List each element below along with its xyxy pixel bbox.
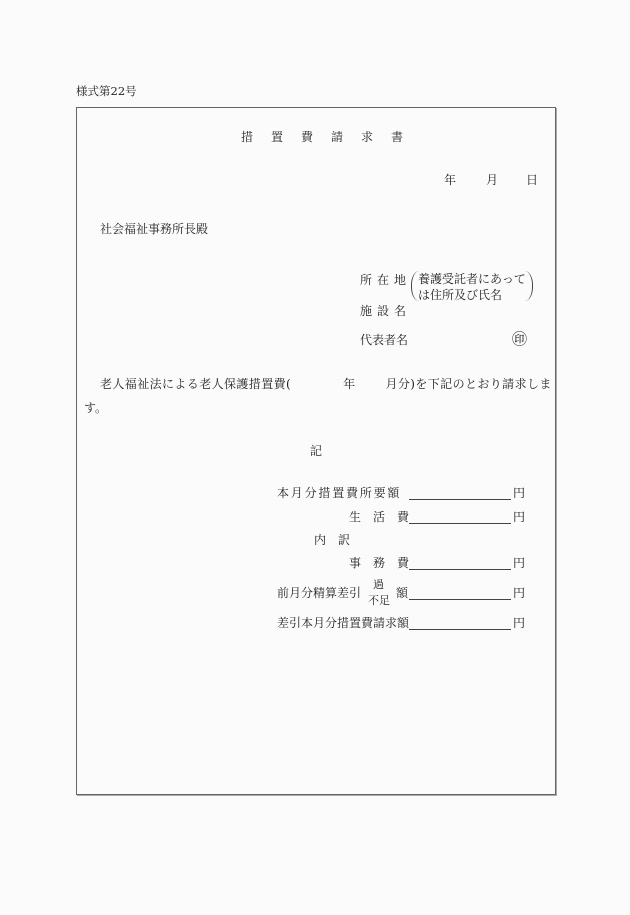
location-note-line2: は住所及び氏名 bbox=[418, 289, 502, 301]
required-amount-field[interactable] bbox=[409, 499, 511, 500]
required-amount-label: 本月分措置費所要額 bbox=[277, 487, 401, 499]
form-number: 様式第22号 bbox=[76, 86, 137, 98]
date-line: 年月日 bbox=[444, 174, 538, 186]
facility-label: 施設名 bbox=[360, 305, 411, 317]
living-cost-label: 生活費 bbox=[349, 511, 421, 523]
claim-amount-label: 差引本月分措置費請求額 bbox=[277, 617, 409, 629]
prev-adjust-suffix: 額 bbox=[396, 587, 408, 599]
living-cost-yen: 円 bbox=[513, 511, 525, 523]
claim-amount-field[interactable] bbox=[409, 629, 511, 630]
body-month-suffix: 月分)を下記のとおり請求しま bbox=[386, 377, 552, 391]
date-year-label: 年 bbox=[444, 174, 456, 186]
date-day-label: 日 bbox=[526, 174, 538, 186]
body-prefix: 老人福祉法による老人保護措置費( bbox=[100, 377, 291, 391]
location-note-line1: 養護受託者にあって bbox=[418, 273, 526, 285]
location-label: 所在地 bbox=[360, 274, 411, 286]
prev-adjust-yen: 円 bbox=[513, 587, 525, 599]
addressee: 社会福祉事務所長殿 bbox=[100, 223, 208, 235]
body-text-line2: す。 bbox=[84, 402, 107, 414]
seal-icon: ㊞ bbox=[512, 332, 527, 347]
body-year-label: 年 bbox=[343, 377, 355, 391]
ki-label: 記 bbox=[310, 445, 322, 457]
breakdown-group-label: 内 訳 bbox=[314, 534, 350, 546]
prev-adjust-label: 前月分精算差引 bbox=[277, 587, 361, 599]
claim-amount-yen: 円 bbox=[513, 617, 525, 629]
prev-adjust-short: 不足 bbox=[368, 595, 390, 606]
body-text-line1: 老人福祉法による老人保護措置費(年月分)を下記のとおり請求しま bbox=[100, 378, 552, 390]
prev-adjust-over: 過 bbox=[373, 579, 384, 590]
office-cost-yen: 円 bbox=[513, 557, 525, 569]
office-cost-label: 事務費 bbox=[349, 557, 421, 569]
living-cost-field[interactable] bbox=[409, 523, 511, 524]
representative-label: 代表者名 bbox=[360, 334, 408, 346]
document-title: 措置費請求書 bbox=[241, 131, 421, 143]
required-amount-yen: 円 bbox=[513, 487, 525, 499]
prev-adjust-field[interactable] bbox=[409, 599, 511, 600]
office-cost-field[interactable] bbox=[409, 569, 511, 570]
date-month-label: 月 bbox=[486, 174, 498, 186]
